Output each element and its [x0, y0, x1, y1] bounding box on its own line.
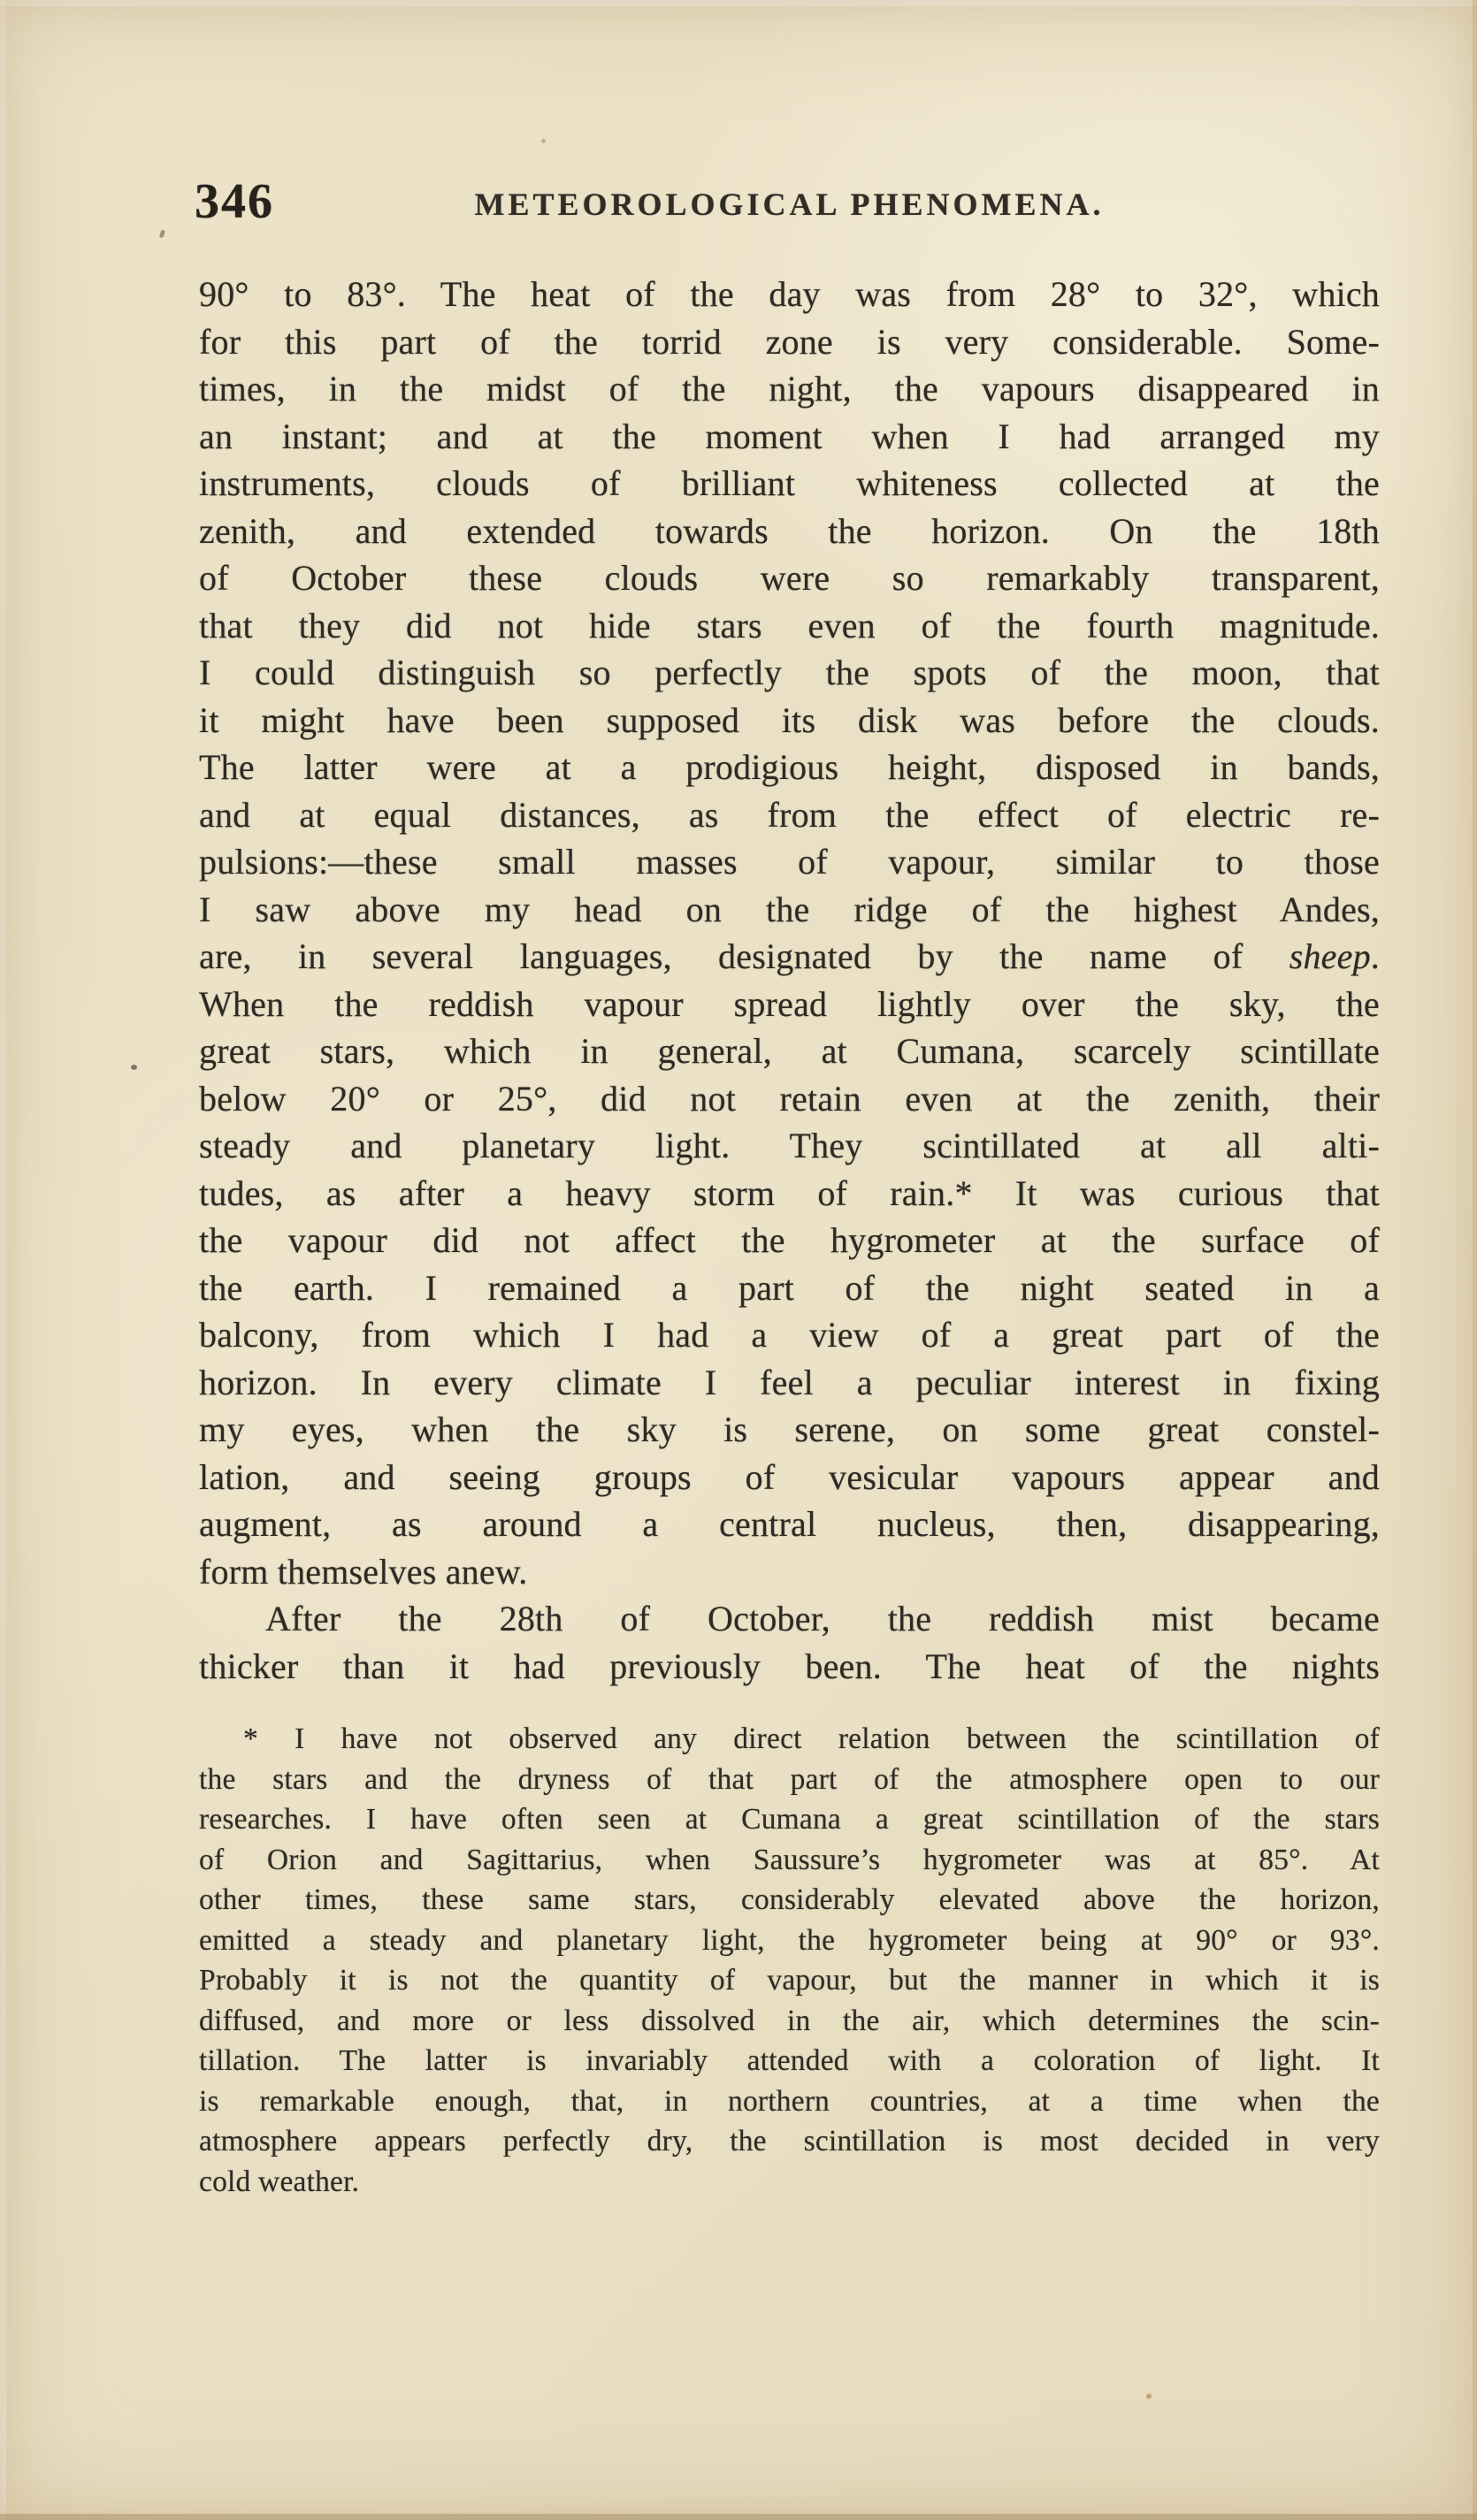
text-segment: cold weather. [199, 2165, 359, 2198]
text-segment: of October these clouds were so remarkab… [199, 558, 1380, 598]
text-segment: for this part of the torrid zone is very… [199, 322, 1380, 362]
text-line: balcony, from which I had a view of a gr… [199, 1311, 1380, 1359]
text-line: the earth. I remained a part of the nigh… [199, 1264, 1380, 1312]
text-segment: that they did not hide stars even of the… [199, 606, 1380, 645]
text-segment: times, in the midst of the night, the va… [199, 369, 1380, 409]
text-line: * I have not observed any direct relatio… [199, 1719, 1380, 1760]
text-line: instruments, clouds of brilliant whitene… [199, 460, 1380, 508]
text-segment: researches. I have often seen at Cumana … [199, 1803, 1380, 1836]
text-segment: instruments, clouds of brilliant whitene… [199, 463, 1380, 503]
book-page: 346 METEOROLOGICAL PHENOMENA. 90° to 83°… [0, 0, 1477, 2520]
text-line: When the reddish vapour spread lightly o… [199, 981, 1380, 1028]
text-segment: emitted a steady and planetary light, th… [199, 1924, 1380, 1957]
footnote-text: * I have not observed any direct relatio… [199, 1719, 1380, 2202]
text-line: form themselves anew. [199, 1548, 1380, 1596]
text-line: an instant; and at the moment when I had… [199, 413, 1380, 461]
text-segment: I saw above my head on the ridge of the … [199, 890, 1380, 929]
text-segment: tudes, as after a heavy storm of rain.* … [199, 1173, 1380, 1213]
text-line: tillation. The latter is invariably atte… [199, 2041, 1380, 2081]
text-segment: augment, as around a central nucleus, th… [199, 1504, 1380, 1544]
paper-speck [159, 229, 166, 238]
text-line: After the 28th of October, the reddish m… [199, 1595, 1380, 1643]
scan-edge-bottom [0, 2514, 1477, 2520]
text-line: other times, these same stars, considera… [199, 1880, 1380, 1921]
text-line: of October these clouds were so remarkab… [199, 554, 1380, 602]
text-segment: horizon. In every climate I feel a pecul… [199, 1363, 1380, 1402]
text-line: times, in the midst of the night, the va… [199, 365, 1380, 413]
text-line: is remarkable enough, that, in northern … [199, 2081, 1380, 2122]
text-segment: and at equal distances, as from the effe… [199, 795, 1380, 835]
text-line: my eyes, when the sky is serene, on some… [199, 1406, 1380, 1454]
text-line: emitted a steady and planetary light, th… [199, 1921, 1380, 1961]
paper-speck [1146, 2394, 1152, 2399]
text-line: horizon. In every climate I feel a pecul… [199, 1359, 1380, 1407]
text-line: 90° to 83°. The heat of the day was from… [199, 271, 1380, 318]
text-segment: Probably it is not the quantity of vapou… [199, 1964, 1380, 1997]
text-line: and at equal distances, as from the effe… [199, 791, 1380, 839]
text-segment: is remarkable enough, that, in northern … [199, 2085, 1380, 2118]
scan-edge-left [0, 0, 6, 2520]
text-line: for this part of the torrid zone is very… [199, 318, 1380, 366]
text-line: The latter were at a prodigious height, … [199, 744, 1380, 791]
italic-text: sheep [1290, 936, 1371, 976]
text-line: thicker than it had previously been. The… [199, 1643, 1380, 1691]
text-line: the stars and the dryness of that part o… [199, 1760, 1380, 1800]
text-line: lation, and seeing groups of vesicular v… [199, 1454, 1380, 1501]
text-line: cold weather. [199, 2162, 1380, 2203]
text-segment: 90° to 83°. The heat of the day was from… [199, 274, 1380, 314]
text-segment: thicker than it had previously been. The… [199, 1646, 1380, 1686]
text-segment: my eyes, when the sky is serene, on some… [199, 1409, 1380, 1449]
paper-speck [541, 139, 546, 143]
text-line: researches. I have often seen at Cumana … [199, 1799, 1380, 1840]
text-line: Probably it is not the quantity of vapou… [199, 1960, 1380, 2001]
text-line: augment, as around a central nucleus, th… [199, 1501, 1380, 1548]
text-segment: great stars, which in general, at Cumana… [199, 1031, 1380, 1071]
text-segment: diffused, and more or less dissolved in … [199, 2005, 1380, 2037]
text-segment: the stars and the dryness of that part o… [199, 1763, 1380, 1796]
text-segment: pulsions:—these small masses of vapour, … [199, 842, 1380, 882]
text-line: diffused, and more or less dissolved in … [199, 2001, 1380, 2042]
text-segment: When the reddish vapour spread lightly o… [199, 984, 1380, 1024]
text-segment: the vapour did not affect the hygrometer… [199, 1220, 1380, 1260]
text-segment: of Orion and Sagittarius, when Saussure’… [199, 1844, 1380, 1876]
text-line: below 20° or 25°, did not retain even at… [199, 1075, 1380, 1123]
scan-edge-right [1473, 0, 1477, 2520]
text-segment: below 20° or 25°, did not retain even at… [199, 1079, 1380, 1119]
text-segment: balcony, from which I had a view of a gr… [199, 1315, 1380, 1355]
text-segment: lation, and seeing groups of vesicular v… [199, 1457, 1380, 1497]
text-line: I saw above my head on the ridge of the … [199, 886, 1380, 934]
text-segment: an instant; and at the moment when I had… [199, 416, 1380, 456]
text-segment: I could distinguish so perfectly the spo… [199, 653, 1380, 692]
text-segment: * I have not observed any direct relatio… [243, 1722, 1380, 1755]
scan-edge-top [0, 0, 1477, 6]
text-segment: zenith, and extended towards the horizon… [199, 511, 1380, 551]
text-line: atmosphere appears perfectly dry, the sc… [199, 2121, 1380, 2162]
text-line: the vapour did not affect the hygrometer… [199, 1217, 1380, 1264]
text-segment: tillation. The latter is invariably atte… [199, 2044, 1380, 2077]
text-line: of Orion and Sagittarius, when Saussure’… [199, 1840, 1380, 1881]
text-segment: The latter were at a prodigious height, … [199, 747, 1380, 787]
text-line: that they did not hide stars even of the… [199, 602, 1380, 650]
text-segment: . [1371, 936, 1380, 976]
body-text: 90° to 83°. The heat of the day was from… [199, 271, 1380, 1690]
text-line: pulsions:—these small masses of vapour, … [199, 838, 1380, 886]
text-line: steady and planetary light. They scintil… [199, 1122, 1380, 1170]
text-segment: atmosphere appears perfectly dry, the sc… [199, 2125, 1380, 2157]
text-line: great stars, which in general, at Cumana… [199, 1027, 1380, 1075]
text-line: tudes, as after a heavy storm of rain.* … [199, 1170, 1380, 1218]
text-segment: form themselves anew. [199, 1552, 528, 1592]
text-segment: the earth. I remained a part of the nigh… [199, 1268, 1380, 1308]
text-line: it might have been supposed its disk was… [199, 697, 1380, 745]
running-head: METEOROLOGICAL PHENOMENA. [199, 186, 1380, 223]
text-segment: After the 28th of October, the reddish m… [265, 1599, 1380, 1638]
text-segment: are, in several languages, designated by… [199, 936, 1290, 976]
text-line: are, in several languages, designated by… [199, 933, 1380, 981]
text-segment: steady and planetary light. They scintil… [199, 1126, 1380, 1165]
paper-speck [131, 1065, 137, 1070]
text-line: zenith, and extended towards the horizon… [199, 508, 1380, 555]
text-segment: other times, these same stars, considera… [199, 1883, 1380, 1916]
text-segment: it might have been supposed its disk was… [199, 700, 1380, 740]
text-line: I could distinguish so perfectly the spo… [199, 649, 1380, 697]
